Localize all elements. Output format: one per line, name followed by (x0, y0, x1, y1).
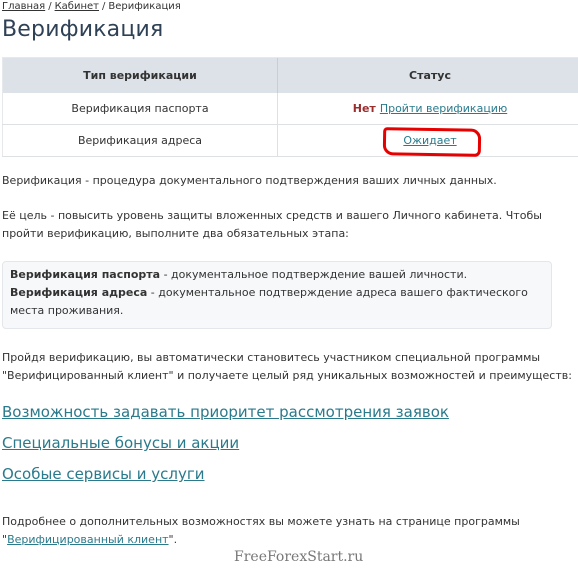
page-title: Верификация (2, 17, 163, 42)
breadcrumb-separator: / (102, 1, 105, 12)
goal-paragraph: Её цель - повысить уровень защиты вложен… (2, 207, 576, 243)
breadcrumb: Главная/Кабинет/Верификация (2, 1, 181, 12)
quote-close: ". (169, 533, 178, 546)
step-title: Верификация адреса (10, 286, 147, 299)
table-row: Верификация паспорта НетПройти верификац… (3, 93, 578, 125)
verified-client-link[interactable]: Верифицированный клиент (7, 533, 168, 546)
red-highlight-annotation (383, 127, 481, 157)
header-type: Тип верификации (3, 58, 278, 94)
footer-text: Подробнее о дополнительных возможностях … (2, 515, 520, 528)
intro-paragraph: Верификация - процедура документального … (2, 172, 576, 190)
start-verification-link[interactable]: Пройти верификацию (380, 102, 507, 115)
table-header-row: Тип верификации Статус (3, 58, 578, 94)
watermark: FreeForexStart.ru (234, 549, 363, 565)
step-title: Верификация паспорта (10, 268, 160, 281)
header-status: Статус (278, 58, 578, 94)
status-no-label: Нет (353, 102, 376, 115)
step-passport: Верификация паспорта - документальное по… (10, 266, 551, 284)
step-text: - документальное подтверждение вашей лич… (160, 268, 467, 281)
breadcrumb-current: Верификация (108, 1, 180, 12)
pending-status: Ожидает (391, 134, 468, 147)
breadcrumb-home[interactable]: Главная (2, 1, 45, 12)
program-paragraph: Пройдя верификацию, вы автоматически ста… (2, 349, 576, 385)
footer-paragraph: Подробнее о дополнительных возможностях … (2, 513, 576, 549)
verification-table: Тип верификации Статус Верификация паспо… (2, 57, 578, 157)
verification-status: Ожидает (278, 125, 578, 157)
verification-status: НетПройти верификацию (278, 93, 578, 125)
benefit-link-bonuses[interactable]: Специальные бонусы и акции (2, 434, 239, 452)
verification-type: Верификация адреса (3, 125, 278, 157)
verification-steps-box: Верификация паспорта - документальное по… (2, 261, 552, 329)
breadcrumb-separator: / (48, 1, 51, 12)
breadcrumb-cabinet[interactable]: Кабинет (55, 1, 99, 12)
step-address: Верификация адреса - документальное подт… (10, 284, 551, 320)
benefit-link-priority[interactable]: Возможность задавать приоритет рассмотре… (2, 403, 449, 421)
verification-type: Верификация паспорта (3, 93, 278, 125)
table-row: Верификация адреса Ожидает (3, 125, 578, 157)
benefit-link-services[interactable]: Особые сервисы и услуги (2, 465, 205, 483)
